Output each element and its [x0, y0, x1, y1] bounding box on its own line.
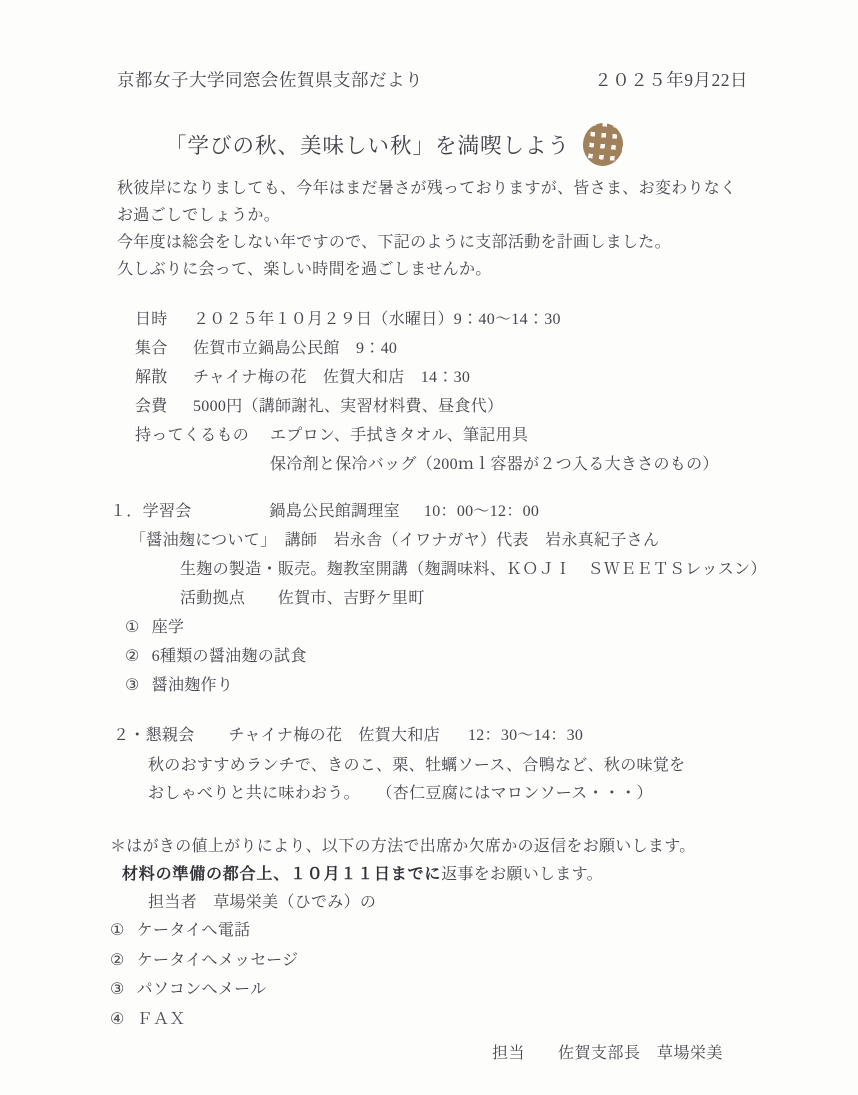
list-item-text: パソコンへメール: [137, 975, 267, 1005]
section2-description: 秋のおすすめランチで、きのこ、栗、牡蠣ソース、合鴨など、秋の味覚を おしゃべりと…: [110, 752, 798, 808]
section1-title: 学習会: [143, 497, 192, 526]
schedule-row-datetime: 日時 ２０２５年１０月２９日（水曜日）9：40～14：30: [135, 305, 798, 334]
schedule-row-fee: 会費 5000円（講師謝礼、実習材料費、昼食代）: [135, 392, 798, 421]
section1-venue: 鍋島公民館調理室: [270, 497, 400, 526]
list-item: ④ ＦＡＸ: [110, 1005, 798, 1035]
circled-number-icon: ②: [125, 642, 140, 671]
study-items-list: ① 座学 ② 6種類の醤油麹の試食 ③ 醤油麹作り: [110, 613, 798, 700]
section1-number: １．: [110, 497, 143, 526]
list-item-text: ケータイへメッセージ: [137, 946, 299, 976]
schedule-label: 日時: [135, 305, 193, 334]
section2-time: 12：30～14：30: [468, 720, 583, 752]
circled-number-icon: ④: [110, 1005, 125, 1035]
section2-line: 秋のおすすめランチで、きのこ、栗、牡蠣ソース、合鴨など、秋の味覚を: [148, 752, 798, 780]
activity-base-line: 活動拠点 佐賀市、吉野ケ里町: [110, 584, 798, 613]
circled-number-icon: ①: [125, 613, 140, 642]
schedule-bring-continuation: 保冷剤と保冷バッグ（200ｍｌ容器が２つ入る大きさのもの）: [135, 450, 798, 479]
section2-title: 懇親会: [146, 720, 195, 752]
lecture-line: 「醤油麹について」 講師 岩永舎（イワナガヤ）代表 岩永真紀子さん: [110, 526, 798, 555]
list-item: ② ケータイへメッセージ: [110, 946, 798, 976]
circled-number-icon: ③: [125, 671, 140, 700]
list-item: ① 座学: [125, 613, 798, 642]
section2-venue: チャイナ梅の花 佐賀大和店: [229, 720, 440, 752]
schedule-label: 会費: [135, 392, 193, 421]
intro-line: 久しぶりに会って、楽しい時間を過ごしませんか。: [117, 256, 798, 283]
schedule-label: 解散: [135, 363, 193, 392]
scanned-newsletter-page: 京都女子大学同窓会佐賀県支部だより ２０２５年9月22日 「学びの秋、美味しい秋…: [0, 0, 858, 1095]
section2-number: ２・: [113, 720, 146, 752]
schedule-label: 持ってくるもの: [135, 421, 270, 450]
schedule-row-bring: 持ってくるもの エプロン、手拭きタオル、筆記用具: [135, 421, 798, 450]
schedule-row-meet: 集合 佐賀市立鍋島公民館 9：40: [135, 334, 798, 363]
masthead: 京都女子大学同窓会佐賀県支部だより: [117, 68, 423, 92]
schedule-value: 5000円（講師謝礼、実習材料費、昼食代）: [193, 392, 503, 421]
schedule-row-dismiss: 解散 チャイナ梅の花 佐賀大和店 14：30: [135, 363, 798, 392]
list-item-text: 座学: [152, 613, 185, 642]
intro-paragraph: 秋彼岸になりましても、今年はまだ暑さが残っておりますが、皆さま、お変わりなく お…: [110, 175, 798, 283]
section-social-gathering: ２・懇親会 チャイナ梅の花 佐賀大和店 12：30～14：30 秋のおすすめラン…: [110, 720, 798, 808]
title-row: 「学びの秋、美味しい秋」を満喫しよう: [110, 123, 798, 166]
reply-methods-list: ① ケータイへ電話 ② ケータイへメッセージ ③ パソコンへメール ④ ＦＡＸ: [110, 916, 798, 1034]
issue-date: ２０２５年9月22日: [594, 68, 748, 92]
basket-weave-icon: [581, 121, 625, 168]
circled-number-icon: ②: [110, 946, 125, 976]
schedule-value: チャイナ梅の花 佐賀大和店 14：30: [193, 363, 470, 392]
section1-time: 10：00～12：00: [424, 497, 539, 526]
list-item: ② 6種類の醤油麹の試食: [125, 642, 798, 671]
schedule-value: エプロン、手拭きタオル、筆記用具: [270, 421, 528, 450]
list-item-text: ＦＡＸ: [137, 1005, 186, 1035]
page-title: 「学びの秋、美味しい秋」を満喫しよう: [165, 129, 570, 160]
section2-heading: ２・懇親会 チャイナ梅の花 佐賀大和店 12：30～14：30: [110, 720, 798, 752]
schedule-value: ２０２５年１０月２９日（水曜日）9：40～14：30: [193, 305, 561, 334]
lecturer-detail-line: 生麹の製造・販売。麹教室開講（麹調味料、ＫＯＪＩ ＳＷＥＥＴＳレッスン）: [110, 555, 798, 584]
list-item: ① ケータイへ電話: [110, 916, 798, 946]
section2-line: おしゃべりと共に味わおう。 （杏仁豆腐にはマロンソース・・・）: [148, 780, 798, 808]
list-item-text: 醤油麹作り: [152, 671, 234, 700]
event-schedule: 日時 ２０２５年１０月２９日（水曜日）9：40～14：30 集合 佐賀市立鍋島公…: [110, 305, 798, 479]
deadline-emphasis: 材料の準備の都合上、１０月１１日までに: [122, 866, 441, 883]
list-item-text: ケータイへ電話: [137, 916, 251, 946]
intro-line: 今年度は総会をしない年ですので、下記のように支部活動を計画しました。: [117, 229, 798, 256]
schedule-label: 集合: [135, 334, 193, 363]
deadline-rest: 返事をお願いします。: [441, 866, 603, 883]
signature-line: 担当 佐賀支部長 草場栄美: [110, 1040, 798, 1063]
circled-number-icon: ①: [110, 916, 125, 946]
circled-number-icon: ③: [110, 975, 125, 1005]
reply-deadline-line: 材料の準備の都合上、１０月１１日までに返事をお願いします。: [110, 861, 798, 889]
intro-line: お過ごしでしょうか。: [117, 202, 798, 229]
list-item: ③ パソコンへメール: [110, 975, 798, 1005]
reply-note: ＊はがきの値上がりにより、以下の方法で出席か欠席かの返信をお願いします。: [110, 832, 798, 861]
intro-line: 秋彼岸になりましても、今年はまだ暑さが残っておりますが、皆さま、お変わりなく: [117, 175, 798, 202]
schedule-value: 佐賀市立鍋島公民館 9：40: [193, 334, 397, 363]
list-item: ③ 醤油麹作り: [125, 671, 798, 700]
contact-person-line: 担当者 草場栄美（ひでみ）の: [110, 889, 798, 916]
document-header: 京都女子大学同窓会佐賀県支部だより ２０２５年9月22日: [110, 68, 798, 92]
list-item-text: 6種類の醤油麹の試食: [152, 642, 307, 671]
reply-instructions: ＊はがきの値上がりにより、以下の方法で出席か欠席かの返信をお願いします。 材料の…: [110, 832, 798, 1034]
section-study-meeting: １．学習会 鍋島公民館調理室 10：00～12：00 「醤油麹について」 講師 …: [110, 497, 798, 700]
section1-heading: １．学習会 鍋島公民館調理室 10：00～12：00: [110, 497, 798, 526]
